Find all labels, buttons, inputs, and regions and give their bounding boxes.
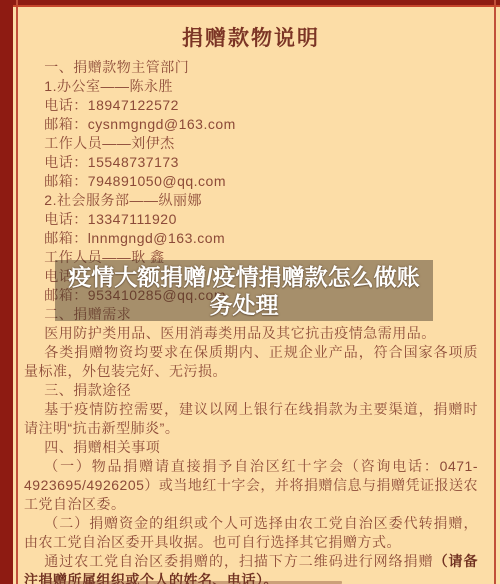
doc-line: 各类捐赠物资均要求在保质期内、正规企业产品，符合国家各项质量标准，外包装完好、无… — [24, 343, 478, 381]
page-title: 捐赠款物说明 — [24, 22, 478, 52]
frame-left-band — [0, 0, 13, 584]
doc-line: 医用防护类用品、医用消毒类用品及其它抗击疫情急需用品。 — [24, 324, 478, 343]
contact-email: 邮箱：794891050@qq.com — [24, 172, 478, 191]
caption-text: 疫情大额捐赠/疫情捐赠款怎么做账务处理 — [61, 263, 427, 319]
doc-line: 基于疫情防控需要，建议以网上银行在线捐款为主要渠道，捐赠时请注明“抗击新型肺炎”… — [24, 400, 478, 438]
contact-dept-social: 2.社会服务部——纵丽娜 — [24, 191, 478, 210]
contact-phone: 电话：13347111920 — [24, 210, 478, 229]
contact-dept-office: 1.办公室——陈永胜 — [24, 77, 478, 96]
doc-line: （一）物品捐赠请直接捐予自治区红十字会（咨询电话：0471-4923695/49… — [24, 457, 478, 514]
panel-border-right — [494, 0, 496, 584]
doc-line-closing: 通过农工党自治区委捐赠的，扫描下方二维码进行网络捐赠（请备注捐赠所属组织或个人的… — [24, 552, 478, 584]
doc-line: （二）捐赠资金的组织或个人可选择由农工党自治区委代转捐赠，由农工党自治区委开具收… — [24, 514, 478, 552]
contact-staff: 工作人员——刘伊杰 — [24, 134, 478, 153]
closing-normal-text: 通过农工党自治区委捐赠的，扫描下方二维码进行网络捐赠 — [44, 553, 433, 569]
section-heading-4: 四、捐赠相关事项 — [24, 438, 478, 457]
contact-email: 邮箱：cysnmgngd@163.com — [24, 115, 478, 134]
section-heading-3: 三、捐款途径 — [24, 381, 478, 400]
contact-phone: 电话：15548737173 — [24, 153, 478, 172]
section-heading-1: 一、捐赠款物主管部门 — [24, 58, 478, 77]
caption-overlay: 疫情大额捐赠/疫情捐赠款怎么做账务处理 — [55, 260, 433, 321]
contact-phone: 电话：18947122572 — [24, 96, 478, 115]
contact-email: 邮箱：lnnmgngd@163.com — [24, 229, 478, 248]
